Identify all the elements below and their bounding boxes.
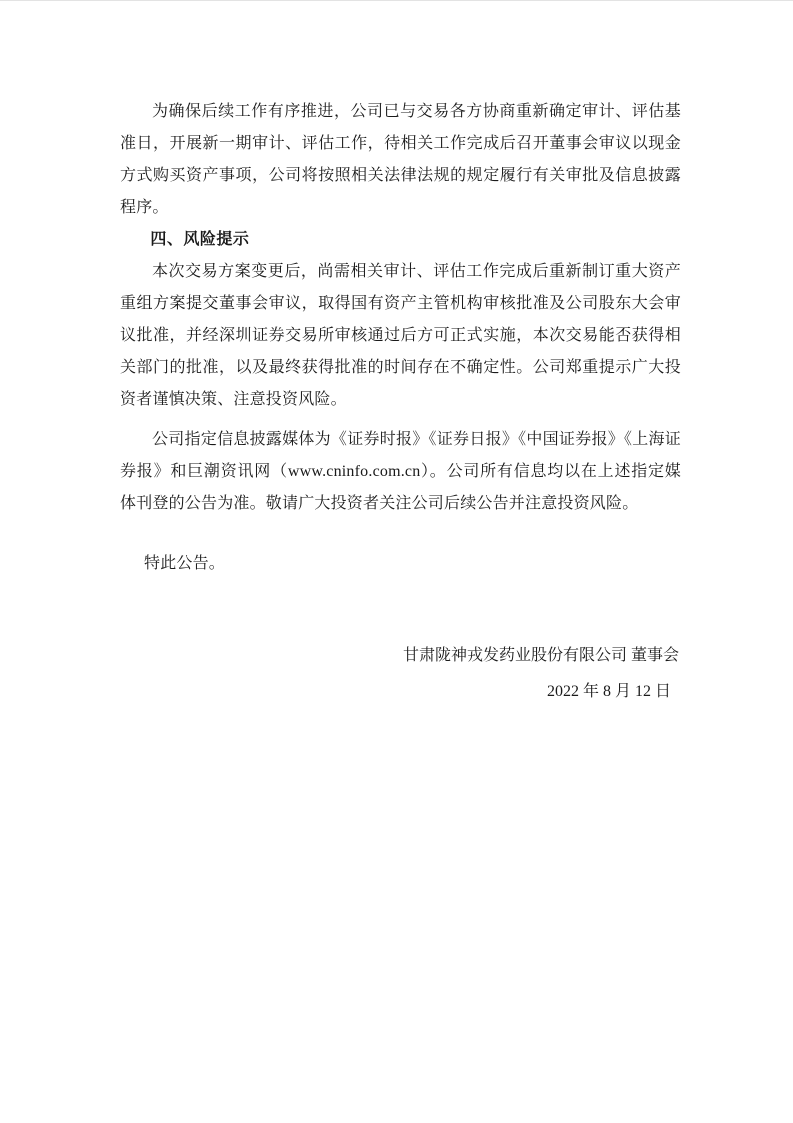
signature-company-name: 甘肃陇神戎发药业股份有限公司 董事会 — [120, 640, 681, 672]
paragraph-followup-work: 为确保后续工作有序推进，公司已与交易各方协商重新确定审计、评估基准日，开展新一期… — [120, 96, 681, 224]
document-content: 为确保后续工作有序推进，公司已与交易各方协商重新确定审计、评估基准日，开展新一期… — [120, 96, 681, 708]
signature-date: 2022 年 8 月 12 日 — [120, 676, 681, 708]
section-heading-risk-notice: 四、风险提示 — [120, 224, 681, 256]
closing-statement: 特此公告。 — [120, 548, 681, 580]
paragraph-disclosure-media: 公司指定信息披露媒体为《证券时报》《证券日报》《中国证券报》《上海证券报》和巨潮… — [120, 424, 681, 520]
signature-block: 甘肃陇神戎发药业股份有限公司 董事会 2022 年 8 月 12 日 — [120, 640, 681, 708]
paragraph-risk-approval: 本次交易方案变更后，尚需相关审计、评估工作完成后重新制订重大资产重组方案提交董事… — [120, 256, 681, 416]
document-page: 为确保后续工作有序推进，公司已与交易各方协商重新确定审计、评估基准日，开展新一期… — [0, 0, 793, 1123]
